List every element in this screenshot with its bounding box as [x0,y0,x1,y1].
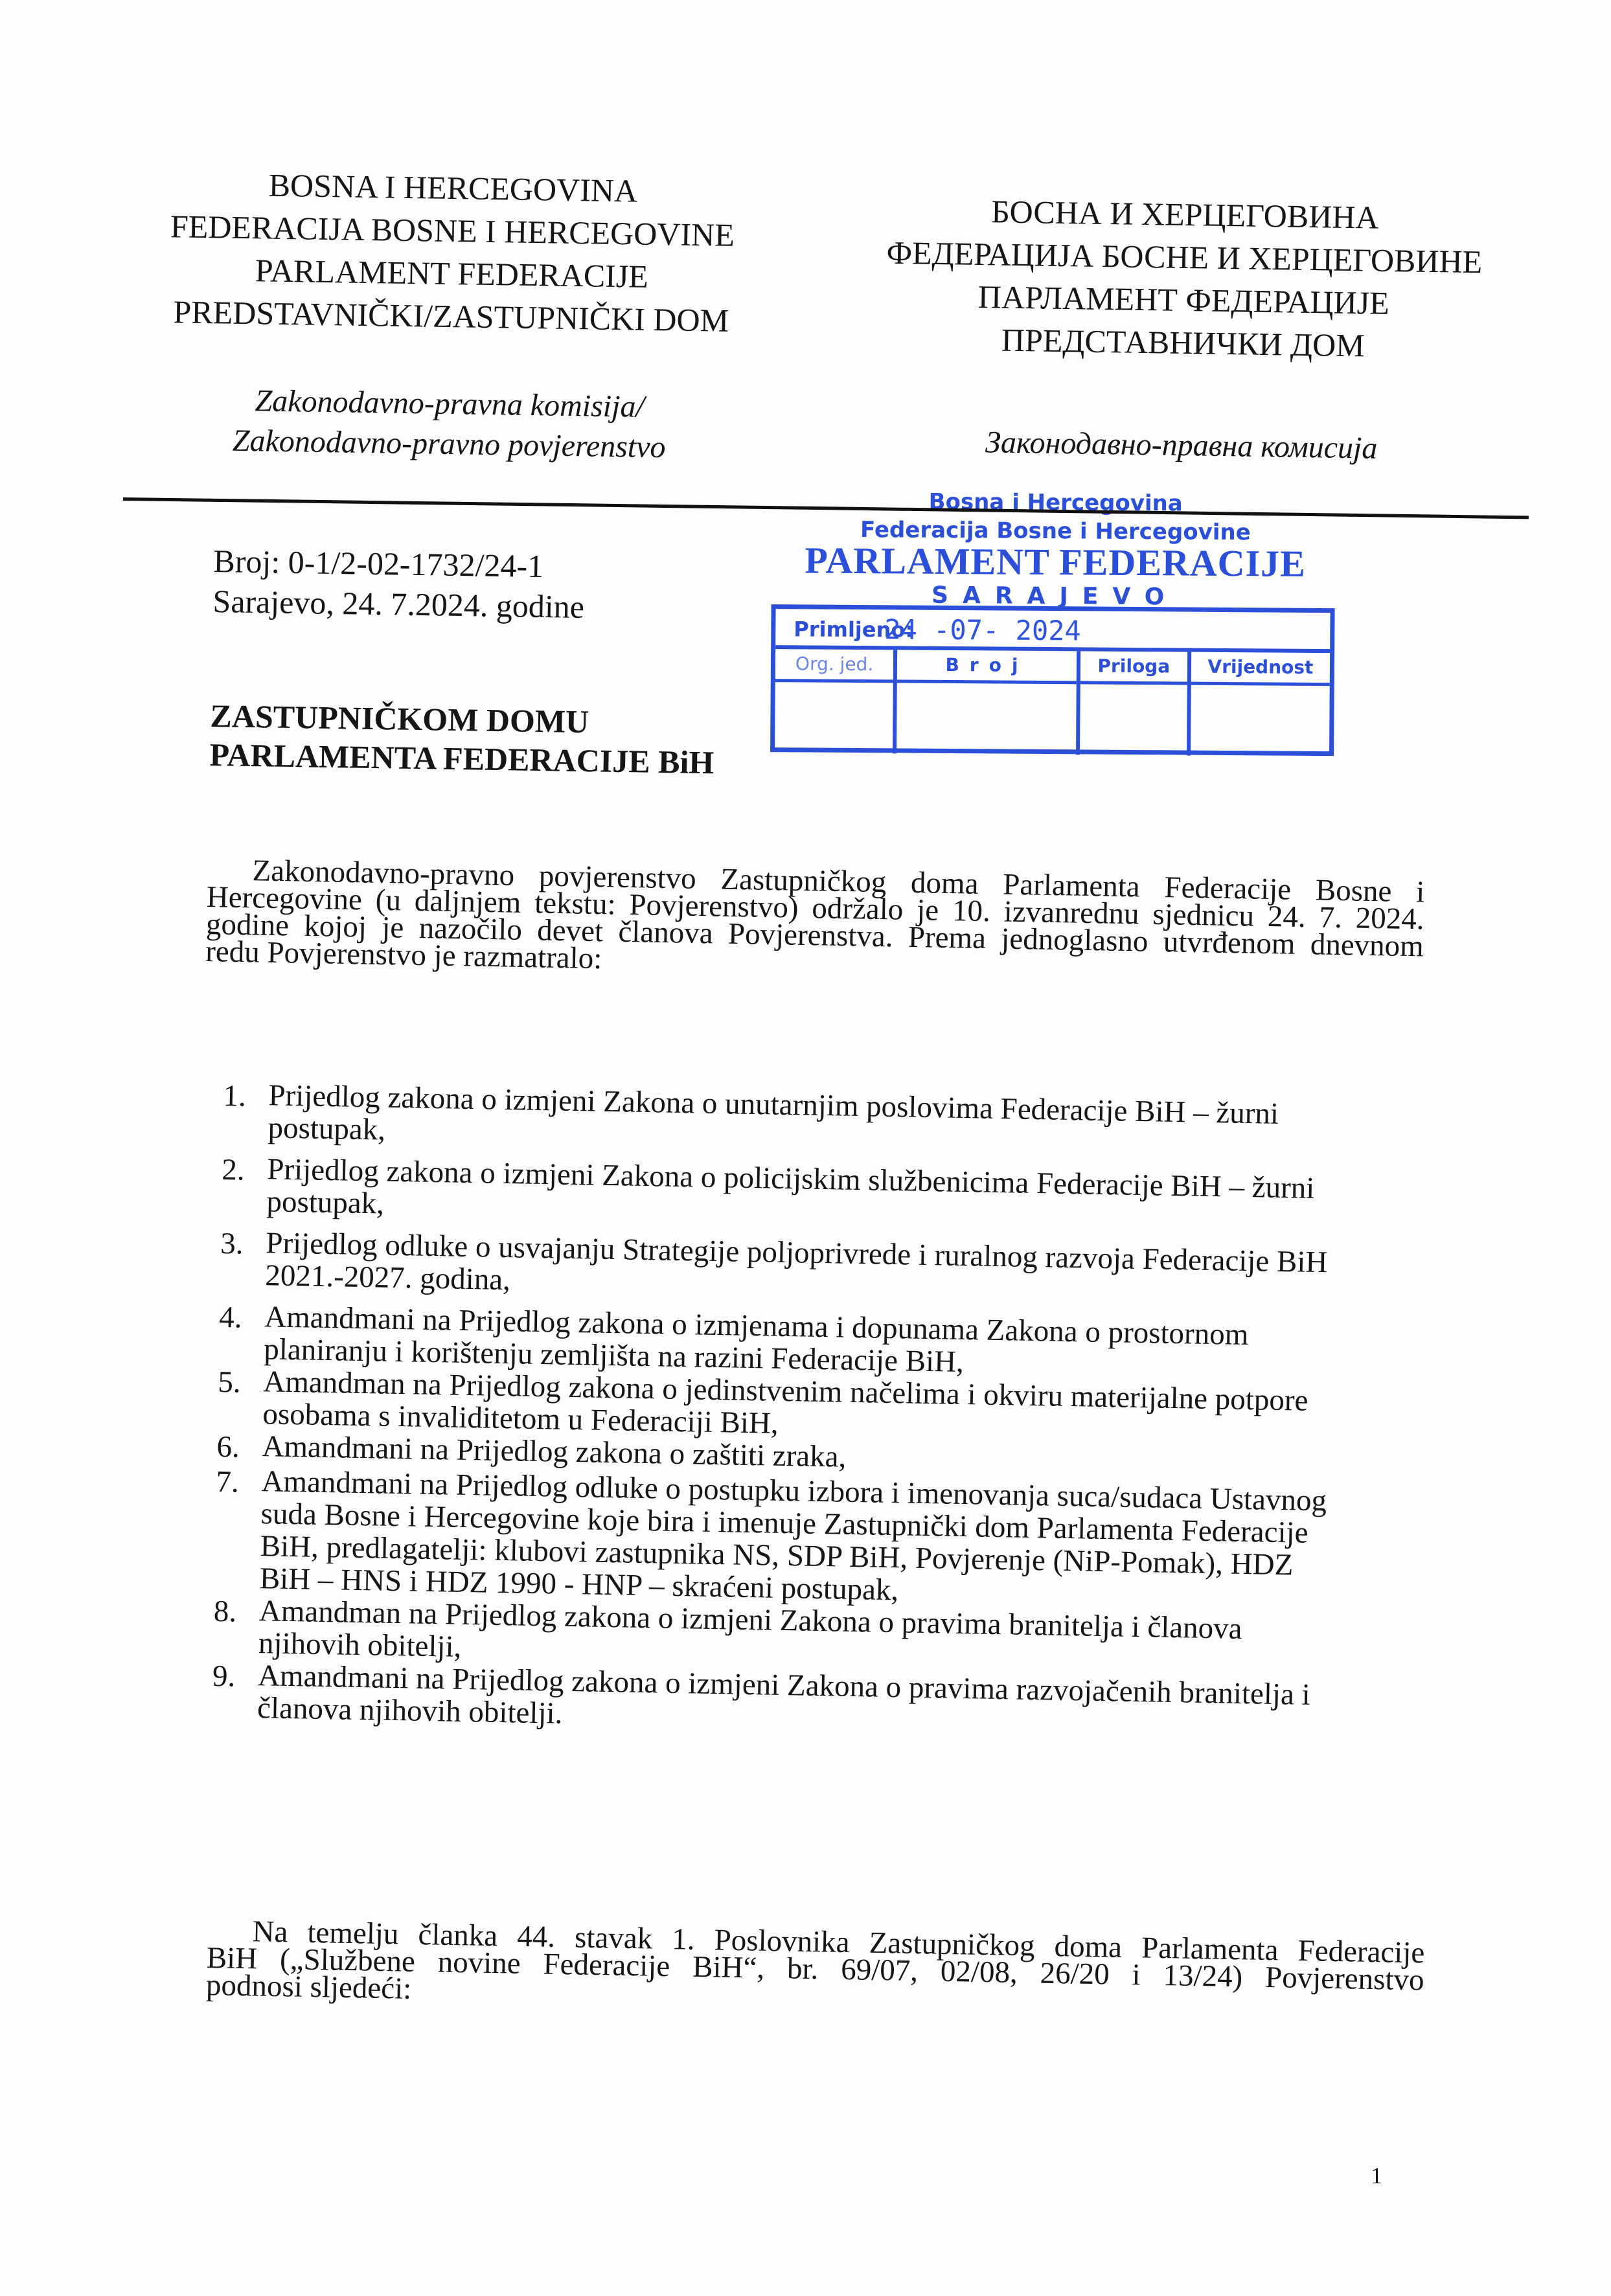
committee-name: Zakonodavno-pravno povjerenstvo [157,420,741,469]
header-latin-line: PREDSTAVNIČKI/ZASTUPNIČKI DOM [159,290,743,342]
stamp-title: PARLAMENT FEDERACIJE [764,538,1347,585]
document-number: Broj: 0-1/2-02-1732/24-1 [213,541,585,587]
agenda-item: 2. Prijedlog zakona o izmjeni Zakona o p… [221,1152,1440,1239]
page-number: 1 [1371,2162,1382,2189]
header-latin-subtitle: Zakonodavno-pravna komisija/ Zakonodavno… [157,380,742,469]
stamp-column: Priloga [1080,651,1191,755]
stamp-columns: Org. jed. Broj Priloga Vrijednost [775,649,1330,756]
agenda-item-number: 2. [221,1152,268,1218]
agenda-item-number: 5. [217,1365,264,1430]
stamp-column: Org. jed. [775,649,897,753]
agenda-item-number: 9. [212,1659,258,1724]
agenda-item-number: 3. [220,1226,266,1291]
stamp-column-header: Vrijednost [1191,652,1330,686]
addressee-line: PARLAMENTA FEDERACIJE BiH [209,735,714,782]
agenda-item: 3. Prijedlog odluke o usvajanju Strategi… [220,1226,1439,1313]
stamp-received-date: 24 -07- 2024 [884,613,1081,646]
closing-paragraph: Na temelju članka 44. stavak 1. Poslovni… [206,1917,1425,2021]
stamp-column-header: Org. jed. [775,649,894,683]
agenda-item-number: 8. [213,1594,260,1659]
stamp-column: Broj [897,650,1080,755]
stamp-received-row: Primljeno: 24 -07- 2024 [775,609,1330,653]
document-page: BOSNA I HERCEGOVINA FEDERACIJA BOSNE I H… [0,0,1611,2296]
agenda-item-number: 1. [222,1078,269,1144]
agenda-item: 1. Prijedlog zakona o izmjeni Zakona o u… [222,1078,1441,1165]
agenda-item-number: 6. [216,1429,262,1465]
document-meta: Broj: 0-1/2-02-1732/24-1 Sarajevo, 24. 7… [212,541,585,627]
committee-name: Законодавно-правна комисија [851,420,1512,471]
stamp-box: Primljeno: 24 -07- 2024 Org. jed. Broj P… [770,604,1335,756]
stamp-column-header: Priloga [1080,651,1188,685]
agenda-item-number: 4. [218,1300,265,1365]
stamp-column-header: Broj [897,650,1077,684]
header-latin: BOSNA I HERCEGOVINA FEDERACIJA BOSNE I H… [157,162,745,469]
header-latin-line: FEDERACIJA BOSNE I HERCEGOVINE [161,205,744,256]
addressee: ZASTUPNIČKOM DOMU PARLAMENTA FEDERACIJE … [209,696,715,782]
intro-paragraph: Zakonodavno-pravno povjerenstvo Zastupni… [205,856,1425,987]
header-cyrillic-subtitle: Законодавно-правна комисија [851,420,1512,471]
header-cyrillic: БОСНА И ХЕРЦЕГОВИНА ФЕДЕРАЦИЈА БОСНЕ И Х… [851,188,1515,471]
document-place-date: Sarajevo, 24. 7.2024. godine [212,581,584,627]
agenda-list: 1. Prijedlog zakona o izmjeni Zakona o u… [212,1078,1441,1745]
stamp-column: Vrijednost [1191,652,1330,756]
agenda-item-number: 7. [214,1464,262,1595]
received-stamp: Bosna i Hercegovina Federacija Bosne i H… [762,476,1347,765]
agenda-item: 7. Amandmani na Prijedlog odluke o postu… [214,1464,1434,1616]
